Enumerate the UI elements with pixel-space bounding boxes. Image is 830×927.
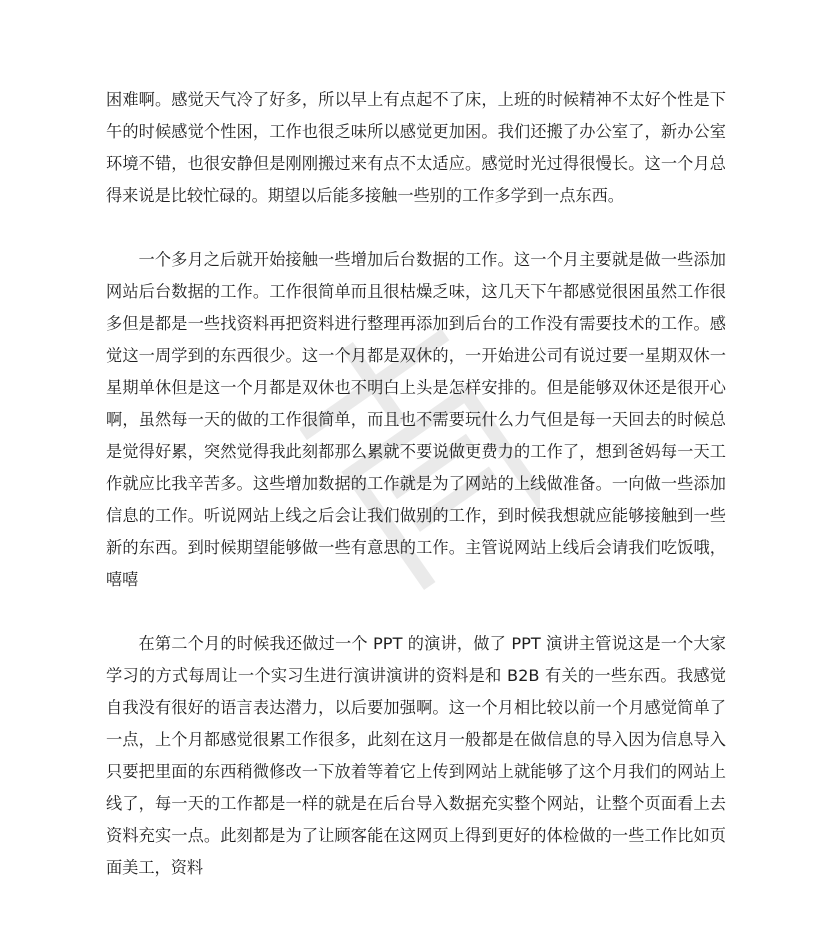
paragraph-2: 一个多月之后就开始接触一些增加后台数据的工作。这一个月主要就是做一些添加网站后台… bbox=[106, 244, 726, 596]
paragraph-3: 在第二个月的时候我还做过一个 PPT 的演讲，做了 PPT 演讲主管说这是一个大… bbox=[106, 628, 726, 884]
paragraph-1: 困难啊。感觉天气冷了好多，所以早上有点起不了床，上班的时候精神不太好个性是下午的… bbox=[106, 84, 726, 212]
document-page: 困难啊。感觉天气冷了好多，所以早上有点起不了床，上班的时候精神不太好个性是下午的… bbox=[106, 84, 726, 916]
